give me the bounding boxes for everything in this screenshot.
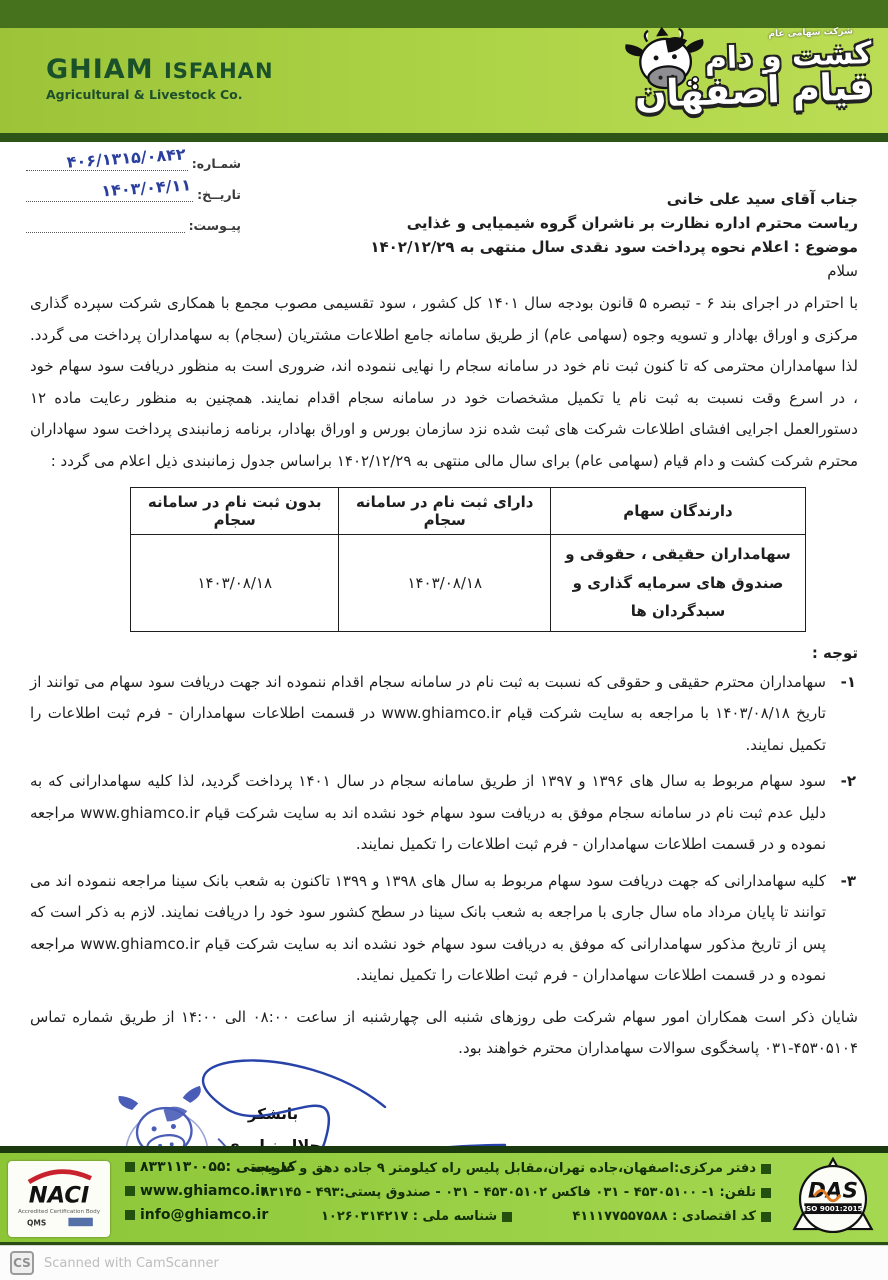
note-text-1: سهامداران محترم حقیقی و حقوقی که نسبت به… (30, 673, 826, 754)
watermark-text: Scanned with CamScanner (44, 1256, 219, 1271)
footer-economic-code: کد اقتصادی : ۴۱۱۱۷۷۵۵۷۵۸۸ (572, 1209, 756, 1224)
note-marker-3: ۳- (841, 866, 856, 898)
bullet-icon (125, 1162, 135, 1172)
body-paragraph: با احترام در اجرای بند ۶ - تبصره ۵ قانون… (30, 288, 858, 477)
camscanner-watermark: CS Scanned with CamScanner (0, 1245, 888, 1280)
table-row: سهامداران حقیقی ، حقوقی و صندوق های سرما… (131, 535, 806, 632)
table-cell-holders: سهامداران حقیقی ، حقوقی و صندوق های سرما… (551, 535, 806, 632)
meta-attachment-label: پیـوست: (189, 218, 241, 233)
bullet-icon (125, 1186, 135, 1196)
footer-postal-code: کد پستی :۸۳۳۱۱۳۰۰۵۵ (140, 1159, 296, 1175)
meta-number-line: ۴۰۶/۱۳۱۵/۰۸۴۲ (26, 156, 188, 171)
note-item-1: ۱- سهامداران محترم حقیقی و حقوقی که نسبت… (30, 667, 858, 762)
footer-phone-line: تلفن: ۱- ۴۵۳۰۵۱۰۰ - ۰۳۱ فاکس ۴۵۳۰۵۱۰۲ - … (321, 1185, 776, 1200)
company-subtitle: Agricultural & Livestock Co. (46, 87, 274, 102)
brand-logo: شرکت سهامی عام کشت و دام قیام اصفهان (602, 12, 882, 152)
table-cell-registered-date: ۱۴۰۳/۰۸/۱۸ (339, 535, 551, 632)
logo-title-line2: قیام اصفهان (634, 65, 874, 116)
meta-number-row: شمـاره: ۴۰۶/۱۳۱۵/۰۸۴۲ (26, 156, 241, 171)
footer-web-block: کد پستی :۸۳۳۱۱۳۰۰۵۵ www.ghiamco.ir info@… (120, 1159, 335, 1231)
bullet-icon (761, 1164, 771, 1174)
notes-title: توجه : (30, 644, 858, 662)
naci-label: NACI (29, 1183, 90, 1209)
scanned-letter-page: GHIAM ISFAHAN Agricultural & Livestock C… (0, 0, 888, 1280)
footer-email: info@ghiamco.ir (140, 1207, 268, 1223)
company-block: GHIAM ISFAHAN Agricultural & Livestock C… (46, 54, 274, 102)
bullet-icon (125, 1210, 135, 1220)
footer-codes-line: کد اقتصادی : ۴۱۱۱۷۷۵۵۷۵۸۸ شناسه ملی : ۱۰… (321, 1209, 776, 1224)
note-item-2: ۲- سود سهام مربوط به سال های ۱۳۹۶ و ۱۳۹۷… (30, 766, 858, 861)
footer-address-line: دفتر مرکزی:اصفهان،جاده تهران،مقابل پلیس … (321, 1161, 776, 1176)
cs-icon: CS (10, 1251, 34, 1275)
table-header-row: دارندگان سهام دارای ثبت نام در سامانه سج… (131, 488, 806, 535)
bullet-icon (502, 1212, 512, 1222)
table-header-unregistered: بدون ثبت نام در سامانه سجام (131, 488, 339, 535)
naci-logo: NACI Accredited Certification Body QMS (8, 1161, 110, 1237)
naci-subtitle: Accredited Certification Body (18, 1209, 101, 1215)
dividend-schedule-table: دارندگان سهام دارای ثبت نام در سامانه سج… (130, 487, 806, 632)
table-cell-unregistered-date: ۱۴۰۳/۰۸/۱۸ (131, 535, 339, 632)
bullet-icon (761, 1212, 771, 1222)
company-name-main: GHIAM (46, 54, 154, 85)
footer-national-id-wrap: شناسه ملی : ۱۰۲۶۰۳۱۴۲۱۷ (321, 1209, 517, 1224)
meta-attachment-line (26, 218, 185, 233)
footer-economic-code-wrap: کد اقتصادی : ۴۱۱۱۷۷۵۵۷۵۸۸ (572, 1209, 776, 1224)
naci-qms-label: QMS (27, 1218, 46, 1227)
footer-phone: تلفن: ۱- ۴۵۳۰۵۱۰۰ - ۰۳۱ فاکس ۴۵۳۰۵۱۰۲ - … (262, 1185, 757, 1200)
salutation: سلام (30, 264, 858, 279)
meta-date-row: تاریــخ: ۱۴۰۳/۰۴/۱۱ (26, 187, 241, 202)
meta-date-line: ۱۴۰۳/۰۴/۱۱ (26, 187, 193, 202)
logo-text: شرکت سهامی عام کشت و دام قیام اصفهان (632, 26, 873, 116)
footer-band: DAS ISO 9001:2015 دفتر مرکزی:اصفهان،جاده… (0, 1153, 888, 1245)
footer-website-line: www.ghiamco.ir (120, 1183, 335, 1199)
footer-contact-block: دفتر مرکزی:اصفهان،جاده تهران،مقابل پلیس … (321, 1161, 776, 1233)
footer-email-line: info@ghiamco.ir (120, 1207, 335, 1223)
footer-national-id: شناسه ملی : ۱۰۲۶۰۳۱۴۲۱۷ (321, 1209, 497, 1224)
note-marker-2: ۲- (841, 766, 856, 798)
note-text-3: کلیه سهامدارانی که جهت دریافت سود سهام م… (30, 872, 826, 985)
company-name: GHIAM ISFAHAN (46, 54, 274, 85)
letterhead-band: GHIAM ISFAHAN Agricultural & Livestock C… (0, 28, 888, 133)
iso-label: ISO 9001:2015 (803, 1204, 862, 1213)
svg-text:Ghiam Agricultural & Livestock: Ghiam Agricultural & Livestock Co. (52, 1068, 66, 1082)
footer-website: www.ghiamco.ir (140, 1183, 267, 1199)
signature-scribble-icon (85, 1051, 515, 1147)
stamp-arc-text: Ghiam Agricultural & Livestock Co. (52, 1068, 66, 1082)
meta-number-label: شمـاره: (192, 156, 241, 171)
note-text-2: سود سهام مربوط به سال های ۱۳۹۶ و ۱۳۹۷ از… (30, 772, 826, 853)
letter-body: شمـاره: ۴۰۶/۱۳۱۵/۰۸۴۲ تاریــخ: ۱۴۰۳/۰۴/۱… (0, 142, 888, 1146)
footer-top-edge (0, 1146, 888, 1153)
company-name-city: ISFAHAN (164, 59, 274, 83)
note-marker-1: ۱- (841, 667, 856, 699)
table-header-holders: دارندگان سهام (551, 488, 806, 535)
meta-date-label: تاریــخ: (197, 187, 241, 202)
meta-block: شمـاره: ۴۰۶/۱۳۱۵/۰۸۴۲ تاریــخ: ۱۴۰۳/۰۴/۱… (26, 156, 241, 249)
das-iso-logo-icon: DAS ISO 9001:2015 (790, 1156, 876, 1242)
table-header-registered: دارای ثبت نام در سامانه سجام (339, 488, 551, 535)
signature-area: Ghiam Agricultural & Livestock Co. قیام … (30, 1065, 858, 1147)
meta-date-value: ۱۴۰۳/۰۴/۱۱ (26, 175, 192, 205)
bullet-icon (761, 1188, 771, 1198)
meta-attachment-row: پیـوست: (26, 218, 241, 233)
footer-postal-line: کد پستی :۸۳۳۱۱۳۰۰۵۵ (120, 1159, 335, 1175)
note-item-3: ۳- کلیه سهامدارانی که جهت دریافت سود سها… (30, 866, 858, 992)
